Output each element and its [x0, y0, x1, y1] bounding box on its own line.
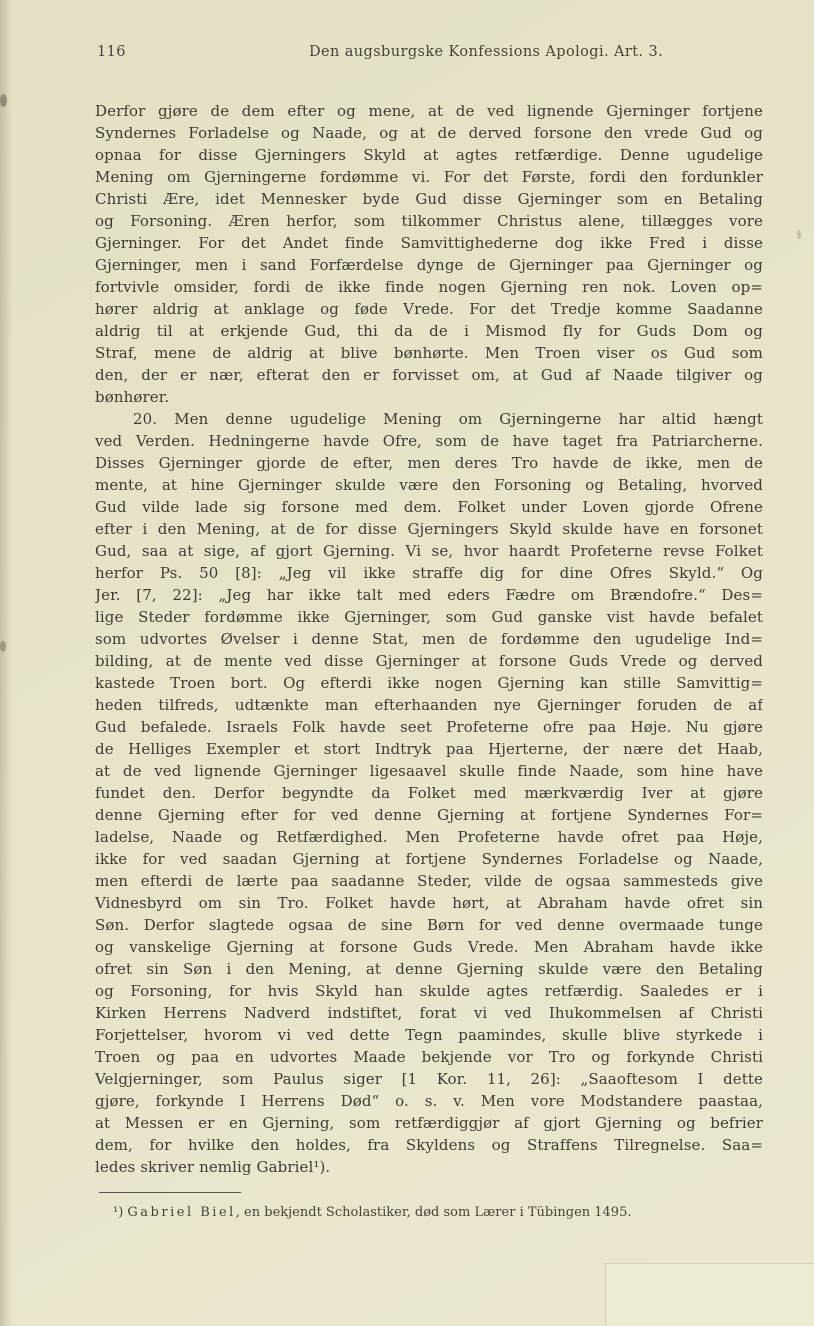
scan-left-edge-shading — [0, 0, 12, 1326]
footnote-rest: , en bekjendt Scholastiker, død som Lære… — [236, 1205, 632, 1220]
text-line: at Messen er en Gjerning, som retfærdigg… — [95, 1112, 763, 1134]
text-line: Gud, saa at sige, af gjort Gjerning. Vi … — [95, 540, 763, 562]
footnote-marker: ¹) — [113, 1205, 127, 1220]
text-line: ved Verden. Hedningerne havde Ofre, som … — [95, 430, 763, 452]
page-number: 116 — [97, 44, 126, 60]
text-line: ofret sin Søn i den Mening, at denne Gje… — [95, 958, 763, 980]
paragraph-1: Derfor gjøre de dem efter og mene, at de… — [95, 100, 763, 408]
text-line: Jer. [7, 22]: „Jeg har ikke talt med ede… — [95, 584, 763, 606]
text-line: at de ved lignende Gjerninger ligesaavel… — [95, 760, 763, 782]
text-line: som udvortes Øvelser i denne Stat, men d… — [95, 628, 763, 650]
text-line: og vanskelige Gjerning at forsone Guds V… — [95, 936, 763, 958]
text-line: bønhører. — [95, 386, 763, 408]
text-line: Troen og paa en udvortes Maade bekjende … — [95, 1046, 763, 1068]
text-line: 20. Men denne ugudelige Mening om Gjerni… — [95, 408, 763, 430]
text-line: heden tilfreds, udtænkte man efterhaande… — [95, 694, 763, 716]
text-line: denne Gjerning efter for ved denne Gjern… — [95, 804, 763, 826]
running-title: Den augsburgske Konfessions Apologi. Art… — [309, 44, 663, 60]
text-line: Mening om Gjerningerne fordømme vi. For … — [95, 166, 763, 188]
text-line: Disses Gjerninger gjorde de efter, men d… — [95, 452, 763, 474]
text-line: de Helliges Exempler et stort Indtryk pa… — [95, 738, 763, 760]
text-line: opnaa for disse Gjerningers Skyld at agt… — [95, 144, 763, 166]
text-line: bilding, at de mente ved disse Gjerninge… — [95, 650, 763, 672]
text-line: Gjerninger. For det Andet finde Samvitti… — [95, 232, 763, 254]
footnote: ¹) Gabriel Biel, en bekjendt Scholastike… — [95, 1203, 763, 1222]
text-line: aldrig til at erkjende Gud, thi da de i … — [95, 320, 763, 342]
text-line: fortvivle omsider, fordi de ikke finde n… — [95, 276, 763, 298]
text-line: og Forsoning, for hvis Skyld han skulde … — [95, 980, 763, 1002]
scan-speck-right — [797, 230, 801, 239]
text-line: ledes skriver nemlig Gabriel¹). — [95, 1156, 763, 1178]
text-line: lige Steder fordømme ikke Gjerninger, so… — [95, 606, 763, 628]
text-line: Kirken Herrens Nadverd indstiftet, forat… — [95, 1002, 763, 1024]
footnote-separator — [99, 1192, 241, 1193]
text-line: Velgjerninger, som Paulus siger [1 Kor. … — [95, 1068, 763, 1090]
text-line: Derfor gjøre de dem efter og mene, at de… — [95, 100, 763, 122]
scan-speck-left-top — [0, 94, 7, 107]
text-line: ladelse, Naade og Retfærdighed. Men Prof… — [95, 826, 763, 848]
text-line: efter i den Mening, at de for disse Gjer… — [95, 518, 763, 540]
paragraph-2: 20. Men denne ugudelige Mening om Gjerni… — [95, 408, 763, 1178]
text-line: dem, for hvilke den holdes, fra Skyldens… — [95, 1134, 763, 1156]
text-line: Syndernes Forladelse og Naade, og at de … — [95, 122, 763, 144]
text-line: Gjerninger, men i sand Forfærdelse dynge… — [95, 254, 763, 276]
text-line: herfor Ps. 50 [8]: „Jeg vil ikke straffe… — [95, 562, 763, 584]
scan-light-patch — [605, 1263, 814, 1326]
text-line: og Forsoning. Æren herfor, som tilkommer… — [95, 210, 763, 232]
text-line: mente, at hine Gjerninger skulde være de… — [95, 474, 763, 496]
body-text: Derfor gjøre de dem efter og mene, at de… — [95, 100, 763, 1178]
page-header: 116 Den augsburgske Konfessions Apologi.… — [97, 44, 765, 64]
text-line: men efterdi de lærte paa saadanne Steder… — [95, 870, 763, 892]
text-line: kastede Troen bort. Og efterdi ikke noge… — [95, 672, 763, 694]
text-line: gjøre, forkynde I Herrens Død“ o. s. v. … — [95, 1090, 763, 1112]
text-line: Gud vilde lade sig forsone med dem. Folk… — [95, 496, 763, 518]
text-line: hører aldrig at anklage og føde Vrede. F… — [95, 298, 763, 320]
text-line: Straf, mene de aldrig at blive bønhørte.… — [95, 342, 763, 364]
text-line: ikke for ved saadan Gjerning at fortjene… — [95, 848, 763, 870]
text-line: den, der er nær, efterat den er forvisse… — [95, 364, 763, 386]
scan-speck-left-bottom — [0, 641, 6, 652]
book-page: 116 Den augsburgske Konfessions Apologi.… — [0, 0, 814, 1326]
text-line: Forjettelser, hvorom vi ved dette Tegn p… — [95, 1024, 763, 1046]
text-line: Søn. Derfor slagtede ogsaa de sine Børn … — [95, 914, 763, 936]
footnote-name: Gabriel Biel — [127, 1205, 235, 1220]
text-line: fundet den. Derfor begyndte da Folket me… — [95, 782, 763, 804]
text-line: Christi Ære, idet Mennesker byde Gud dis… — [95, 188, 763, 210]
text-line: Vidnesbyrd om sin Tro. Folket havde hørt… — [95, 892, 763, 914]
text-line: Gud befalede. Israels Folk havde seet Pr… — [95, 716, 763, 738]
